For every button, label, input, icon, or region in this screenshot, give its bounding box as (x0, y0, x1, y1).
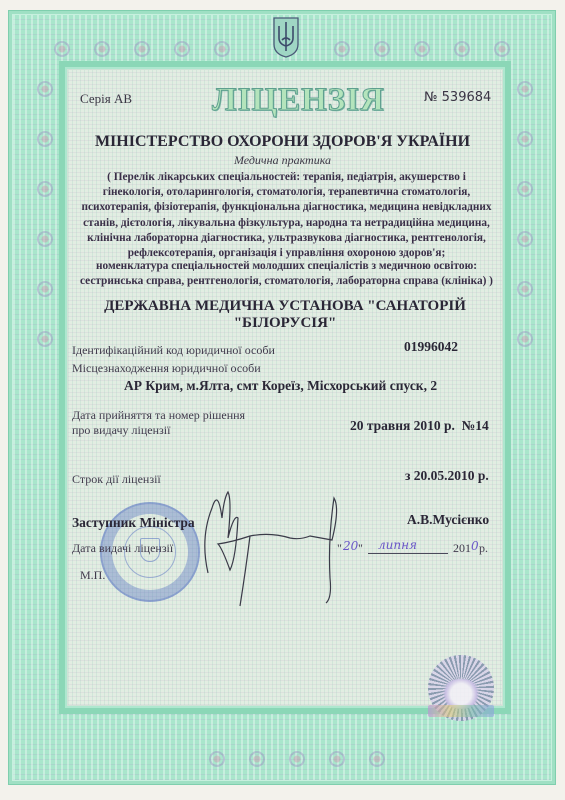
activity-type: Медична практика (0, 153, 565, 168)
issue-year-prefix: 201 (453, 541, 471, 556)
decision-label-line2: про видачу ліцензії (72, 423, 170, 438)
border-ornament-icon (214, 41, 230, 57)
page-title: ЛІЦЕНЗІЯ (212, 82, 385, 119)
location-label: Місцезнаходження юридичної особи (72, 361, 261, 376)
border-ornament-icon (134, 41, 150, 57)
id-code-label: Ідентифікаційний код юридичної особи (72, 343, 275, 358)
border-ornament-icon (517, 281, 533, 297)
validity-value: з 20.05.2010 р. (405, 468, 489, 484)
border-ornament-icon (374, 41, 390, 57)
signatory-position: Заступник Міністра (72, 515, 195, 531)
decision-value: 20 травня 2010 р. №14 (350, 418, 489, 434)
border-ornament-icon (37, 281, 53, 297)
border-ornament-icon (329, 751, 345, 767)
border-ornament-icon (289, 751, 305, 767)
trident-icon (272, 16, 300, 58)
border-ornament-icon (37, 231, 53, 247)
border-ornament-icon (94, 41, 110, 57)
id-code-value: 01996042 (404, 339, 458, 355)
ministry-heading: МІНІСТЕРСТВО ОХОРОНИ ЗДОРОВ'Я УКРАЇНИ (0, 133, 565, 151)
border-ornament-icon (209, 751, 225, 767)
location-value: АР Крим, м.Ялта, смт Кореїз, Місхорський… (124, 378, 437, 394)
license-number: № 539684 (424, 90, 491, 105)
border-ornament-icon (249, 751, 265, 767)
border-ornament-icon (414, 41, 430, 57)
border-ornament-icon (37, 331, 53, 347)
decision-label-line1: Дата прийняття та номер рішення (72, 408, 245, 423)
border-ornament-icon (517, 331, 533, 347)
organization-name: ДЕРЖАВНА МЕДИЧНА УСТАНОВА "САНАТОРІЙ "БІ… (100, 298, 470, 332)
issue-month: липня (378, 538, 417, 552)
issue-year-digit: 0 (471, 539, 479, 553)
issue-date-label: Дата видачі ліцензії (72, 541, 173, 556)
signature-icon (190, 478, 360, 608)
border-ornament-icon (37, 81, 53, 97)
junior-specialties-list: номенклатура спеціальностей молодших спе… (78, 259, 495, 289)
border-ornament-icon (494, 41, 510, 57)
border-ornament-icon (54, 41, 70, 57)
month-blank (368, 553, 448, 554)
signatory-name: А.В.Мусієнко (407, 512, 489, 528)
border-ornament-icon (454, 41, 470, 57)
border-ornament-icon (174, 41, 190, 57)
validity-label: Строк дії ліцензії (72, 472, 161, 487)
license-series: Серія АВ (80, 91, 132, 107)
border-ornament-icon (369, 751, 385, 767)
stamp-place: М.П. (80, 568, 105, 583)
border-ornament-icon (334, 41, 350, 57)
issue-year-suffix: р. (479, 541, 488, 556)
border-ornament-icon (517, 181, 533, 197)
border-ornament-icon (517, 231, 533, 247)
border-ornament-icon (37, 181, 53, 197)
specialties-list: ( Перелік лікарських спеціальностей: тер… (78, 170, 495, 261)
border-ornament-icon (517, 81, 533, 97)
